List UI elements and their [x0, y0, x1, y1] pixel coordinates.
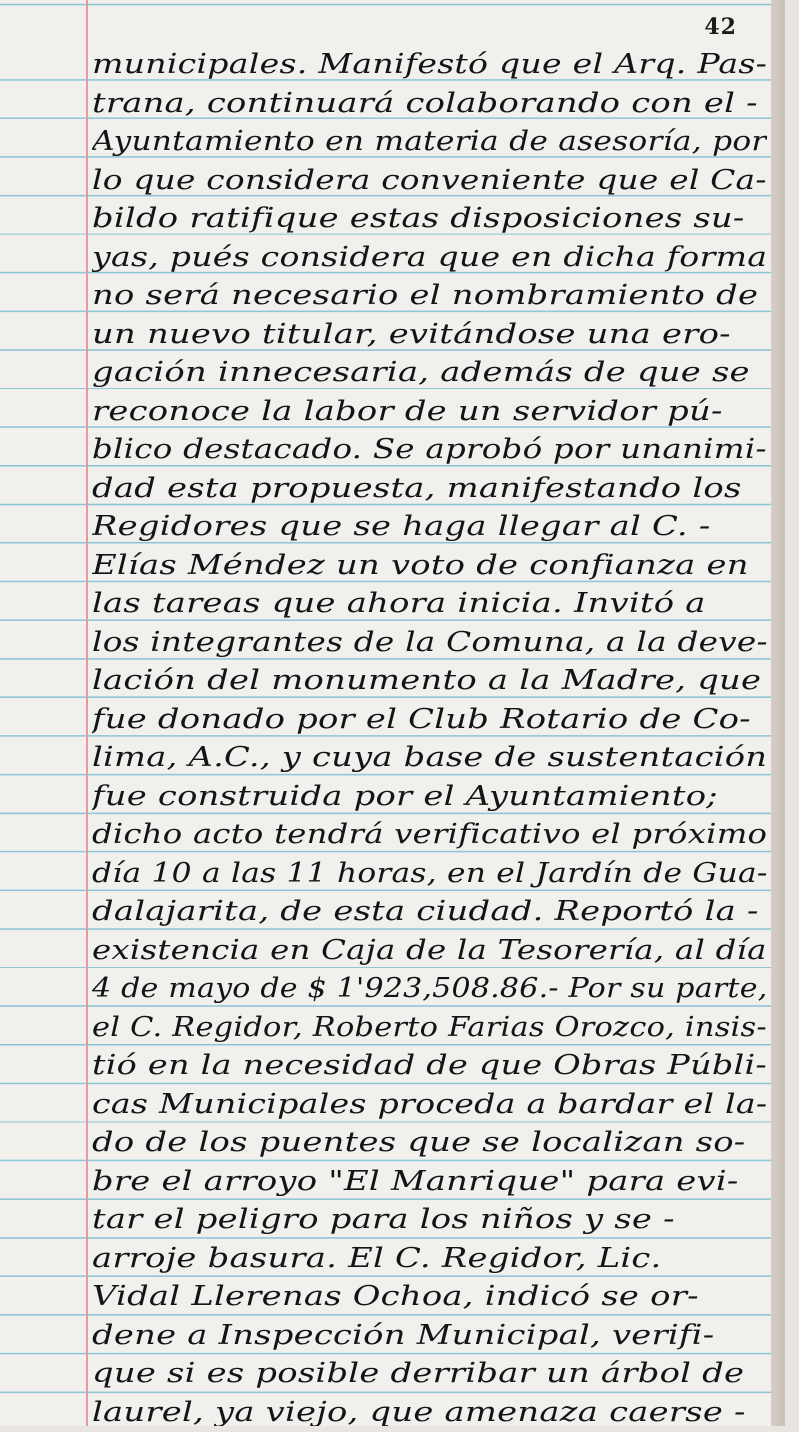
text-line: cas Municipales proceda a bardar el la- [92, 1086, 767, 1125]
margin-rule-line [86, 0, 88, 1426]
text-line: blico destacado. Se aprobó por unanimi- [92, 431, 767, 470]
text-line: 4 de mayo de $ 1'923,508.86.- Por su par… [92, 970, 767, 1009]
text-line: Vidal Llerenas Ochoa, indicó se or- [92, 1278, 767, 1317]
text-line: bildo ratifique estas disposiciones su- [92, 200, 767, 239]
text-line: lima, A.C., y cuya base de sustentación [92, 739, 767, 778]
text-line: Regidores que se haga llegar al C. - [92, 508, 767, 547]
page-number: 42 [704, 14, 737, 40]
text-line: laurel, ya viejo, que amenaza caerse - [92, 1394, 767, 1427]
document-page: 42 municipales. Manifestó que el Arq. Pa… [0, 0, 785, 1426]
text-line: día 10 a las 11 horas, en el Jardín de G… [92, 855, 767, 894]
text-line: arroje basura. El C. Regidor, Lic. [92, 1240, 767, 1279]
text-line: existencia en Caja de la Tesorería, al d… [92, 932, 767, 971]
text-line: fue donado por el Club Rotario de Co- [92, 701, 767, 740]
text-line: gación innecesaria, además de que se [92, 354, 767, 393]
text-line: lación del monumento a la Madre, que [92, 662, 767, 701]
text-line: dad esta propuesta, manifestando los [92, 470, 767, 509]
text-line: tió en la necesidad de que Obras Públi- [92, 1047, 767, 1086]
text-line: municipales. Manifestó que el Arq. Pas- [92, 46, 767, 85]
text-line: Elías Méndez un voto de confianza en [92, 547, 767, 586]
text-line: bre el arroyo "El Manrique" para evi- [92, 1163, 767, 1202]
text-line: no será necesario el nombramiento de [92, 277, 767, 316]
text-line: lo que considera conveniente que el Ca- [92, 162, 767, 201]
text-line: dicho acto tendrá verificativo el próxim… [92, 816, 767, 855]
text-line: do de los puentes que se localizan so- [92, 1124, 767, 1163]
text-line: Ayuntamiento en materia de asesoría, por [92, 123, 767, 162]
text-line: las tareas que ahora inicia. Invitó a [92, 585, 767, 624]
text-line: que si es posible derribar un árbol de [92, 1355, 767, 1394]
text-line: el C. Regidor, Roberto Farias Orozco, in… [92, 1009, 767, 1048]
text-line: yas, pués considera que en dicha forma [92, 239, 767, 278]
text-line: fue construida por el Ayuntamiento; [92, 778, 767, 817]
text-line: un nuevo titular, evitándose una ero- [92, 316, 767, 355]
text-line: trana, continuará colaborando con el - [92, 85, 767, 124]
text-line: los integrantes de la Comuna, a la deve- [92, 624, 767, 663]
text-line: dalajarita, de esta ciudad. Reportó la - [92, 893, 767, 932]
text-line: dene a Inspección Municipal, verifi- [92, 1317, 767, 1356]
handwritten-text-block: municipales. Manifestó que el Arq. Pas- … [92, 46, 767, 1426]
text-line: reconoce la labor de un servidor pú- [92, 393, 767, 432]
text-line: tar el peligro para los niños y se - [92, 1201, 767, 1240]
